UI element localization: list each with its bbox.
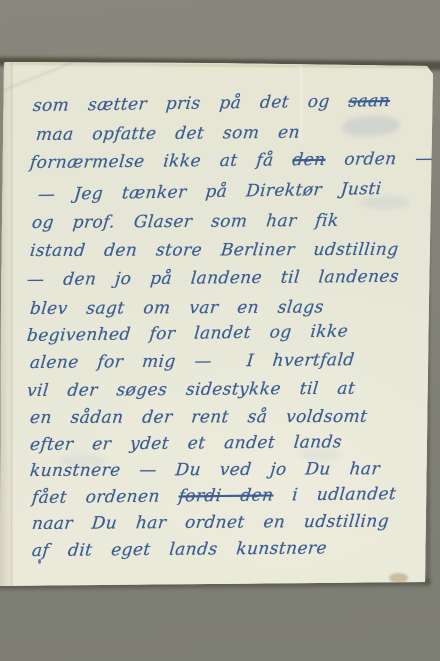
handwriting-line: naar Du har ordnet en udstilling: [31, 512, 390, 535]
handwriting-line: fornærmelse ikke at få den orden —: [29, 149, 434, 173]
handwritten-text: som sætter pris på det og saan maa opfat…: [0, 0, 440, 661]
handwriting-line: af dit eget lands kunstnere: [31, 538, 328, 561]
handwriting-line: alene for mig — I hvertfald: [29, 350, 356, 373]
handwriting-line: — den jo på landene til landenes: [26, 267, 400, 290]
handwriting-line: vil der søges sidestykke til at: [26, 379, 356, 401]
handwriting-line: istand den store Berliner udstilling: [29, 240, 400, 261]
handwriting-line: begivenhed for landet og ikke: [26, 322, 349, 347]
handwriting-line: kunstnere — Du ved jo Du har: [29, 459, 381, 481]
handwriting-line: fået ordenen fordi den i udlandet: [31, 484, 397, 508]
handwriting-line: som sætter pris på det og saan: [32, 91, 391, 116]
letter-page: som sætter pris på det og saan maa opfat…: [0, 0, 440, 661]
handwriting-line: blev sagt om var en slags: [29, 297, 325, 319]
handwriting-line: en sådan der rent så voldsomt: [29, 407, 368, 428]
handwriting-line: — Jeg tænker på Direktør Justi: [37, 179, 382, 205]
handwriting-line: maa opfatte det som en: [35, 123, 301, 145]
handwriting-line: efter er ydet et andet lands: [29, 432, 343, 455]
photo-stage: som sætter pris på det og saan maa opfat…: [0, 0, 440, 661]
handwriting-line: og prof. Glaser som har fik: [31, 211, 340, 233]
